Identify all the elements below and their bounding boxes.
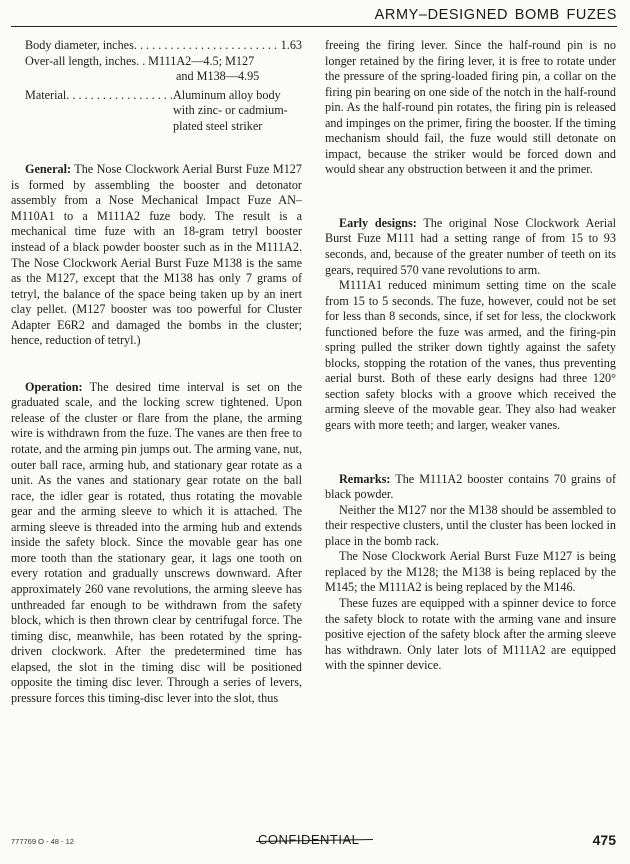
spec-value-continued: plated steel striker: [11, 119, 302, 135]
operation-continued-paragraph: freeing the firing lever. Since the half…: [325, 38, 616, 178]
page-number: 475: [593, 832, 616, 848]
section-gap: [325, 434, 616, 472]
leader-dots: [136, 54, 148, 70]
section-gap: [325, 178, 616, 216]
page-title: ARMY–DESIGNED BOMB FUZES: [375, 7, 617, 23]
spec-row-body-diameter: Body diameter, inches 1.63: [11, 38, 302, 54]
classification-stamp: CONFIDENTIAL: [258, 832, 359, 847]
section-heading-early-designs: Early designs:: [339, 216, 417, 230]
remarks-paragraph: These fuzes are equipped with a spinner …: [325, 596, 616, 674]
remarks-paragraph: The Nose Clockwork Aerial Burst Fuze M12…: [325, 549, 616, 596]
leader-dots: [134, 38, 281, 54]
spec-row-overall-length: Over-all length, inches M111A2—4.5; M127: [11, 54, 302, 70]
early-designs-paragraph: Early designs: The original Nose Clockwo…: [325, 216, 616, 278]
spec-row-material: Material Aluminum alloy body: [11, 88, 302, 104]
spec-label: Material: [25, 88, 66, 104]
spec-value: 1.63: [281, 38, 302, 54]
paragraph-text: The Nose Clockwork Aerial Burst Fuze M12…: [11, 162, 302, 347]
early-designs-paragraph: M111A1 reduced minimum setting time on t…: [325, 278, 616, 433]
spec-label: Over-all length, inches: [25, 54, 136, 70]
section-heading-remarks: Remarks:: [339, 472, 390, 486]
specifications-table: Body diameter, inches 1.63 Over-all leng…: [11, 38, 302, 134]
left-column: Body diameter, inches 1.63 Over-all leng…: [11, 38, 302, 706]
remarks-paragraph: Remarks: The M111A2 booster contains 70 …: [325, 472, 616, 503]
section-gap: [11, 349, 302, 380]
paragraph-text: The desired time interval is set on the …: [11, 380, 302, 705]
remarks-paragraph: Neither the M127 nor the M138 should be …: [325, 503, 616, 550]
running-header: ARMY–DESIGNED BOMB FUZES: [11, 6, 617, 27]
spec-value-continued: and M138—4.95: [11, 69, 302, 85]
spec-value: Aluminum alloy body: [173, 88, 302, 104]
spec-label: Body diameter, inches: [25, 38, 134, 54]
print-code: 777769 O - 48 - 12: [11, 837, 74, 846]
section-heading-general: General:: [25, 162, 71, 176]
section-heading-operation: Operation:: [25, 380, 83, 394]
leader-dots: [66, 88, 173, 104]
right-column: freeing the firing lever. Since the half…: [325, 38, 616, 674]
general-paragraph: General: The Nose Clockwork Aerial Burst…: [11, 162, 302, 349]
spec-value-continued: with zinc- or cadmium-: [11, 103, 302, 119]
operation-paragraph: Operation: The desired time interval is …: [11, 380, 302, 706]
spec-value: M111A2—4.5; M127: [148, 54, 254, 70]
section-gap: [11, 134, 302, 162]
